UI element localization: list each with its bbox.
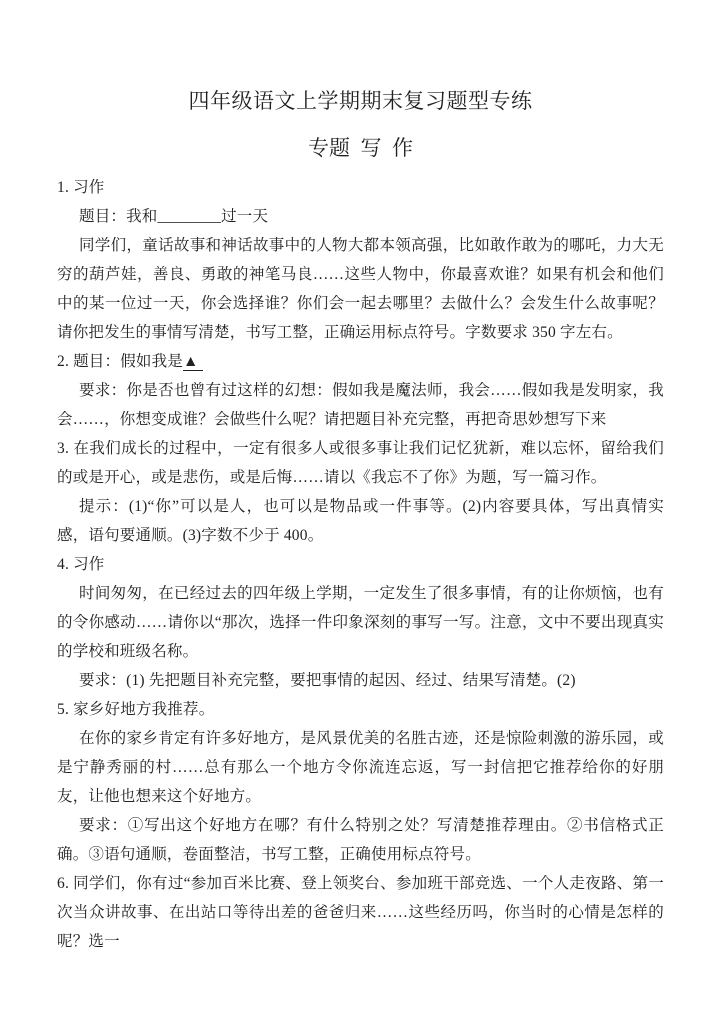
document-title: 四年级语文上学期期末复习题型专练 (57, 88, 664, 114)
item4-body: 时间匆匆，在已经过去的四年级上学期，一定发生了很多事情，有的让你烦恼，也有的令你… (57, 579, 664, 666)
item5-requirements: 要求：①写出这个好地方在哪？有什么特别之处？写清楚推荐理由。②书信格式正确。③语… (57, 811, 664, 869)
item6-body: 6. 同学们，你有过“参加百米比赛、登上领奖台、参加班干部竞选、一个人走夜路、第… (57, 869, 664, 956)
item5-heading: 5. 家乡好地方我推荐。 (57, 695, 664, 724)
item1-topic-line: 题目：我和________过一天 (57, 202, 664, 231)
item2-requirements: 要求：你是否也曾有过这样的幻想：假如我是魔法师，我会……假如我是发明家，我会……… (57, 376, 664, 434)
item3-body: 3. 在我们成长的过程中，一定有很多人或很多事让我们记忆犹新，难以忘怀，留给我们… (57, 434, 664, 492)
item1-heading: 1. 习作 (57, 173, 664, 202)
item1-body: 同学们，童话故事和神话故事中的人物大都本领高强，比如敢作敢为的哪吒，力大无穷的葫… (57, 231, 664, 347)
item2-heading-text: 2. 题目：假如我是 (57, 353, 183, 370)
document-body: 四年级语文上学期期末复习题型专练 专题 写 作 1. 习作 题目：我和_____… (57, 88, 664, 956)
item2-blank-marker: ▲ (183, 353, 203, 371)
item5-body: 在你的家乡肯定有许多好地方，是风景优美的名胜古迹，还是惊险刺激的游乐园，或是宁静… (57, 724, 664, 811)
item3-hint: 提示：(1)“你”可以是人，也可以是物品或一件事等。(2)内容要具体，写出真情实… (57, 492, 664, 550)
item4-requirements: 要求：(1) 先把题目补充完整，要把事情的起因、经过、结果写清楚。(2) (57, 666, 664, 695)
document-subtitle: 专题 写 作 (57, 135, 664, 161)
document-page: 四年级语文上学期期末复习题型专练 专题 写 作 1. 习作 题目：我和_____… (0, 0, 724, 1024)
item2-heading: 2. 题目：假如我是▲ (57, 347, 664, 376)
item4-heading: 4. 习作 (57, 550, 664, 579)
